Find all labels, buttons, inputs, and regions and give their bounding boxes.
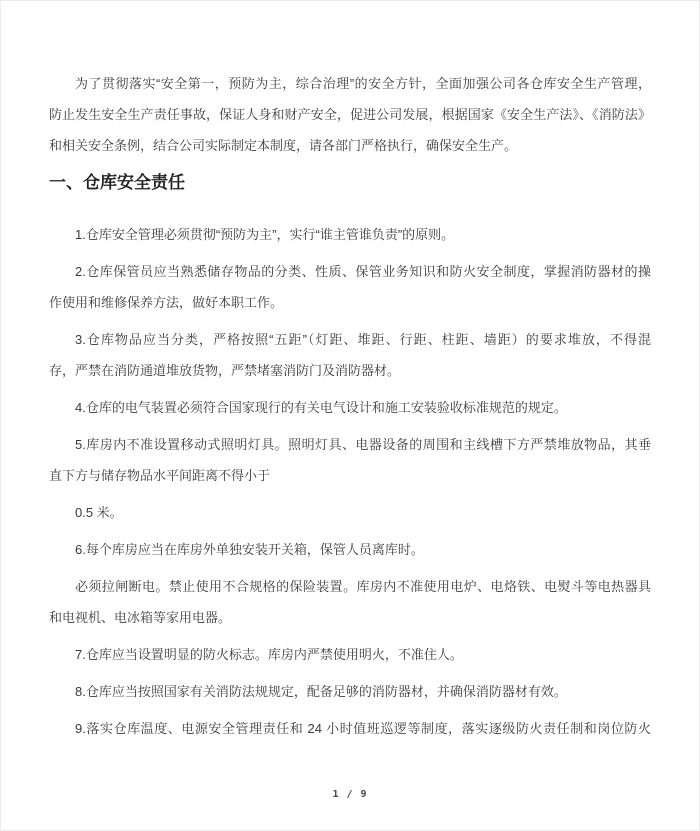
paragraph: 4.仓库的电气装置必须符合国家现行的有关电气设计和施工安装验收标准规范的规定。 — [49, 392, 651, 423]
text-line: 3.仓库物品应当分类，严格按照“五距”（灯距、堆距、行距、柱距、墙距）的要求堆放… — [49, 324, 651, 355]
text-line: 和电视机、电冰箱等家用电器。 — [49, 602, 651, 633]
section-heading: 一、仓库安全责任 — [49, 167, 651, 198]
text-line: 5.库房内不准设置移动式照明灯具。照明灯具、电器设备的周围和主线槽下方严禁堆放物… — [49, 429, 651, 460]
text-line: 6.每个库房应当在库房外单独安装开关箱，保管人员离库时。 — [49, 534, 651, 565]
paragraph: 为了贯彻落实“安全第一，预防为主，综合治理”的安全方针，全面加强公司各仓库安全生… — [49, 68, 651, 161]
paragraph: 7.仓库应当设置明显的防火标志。库房内严禁使用明火，不准住人。 — [49, 639, 651, 670]
paragraph: 必须拉闸断电。禁止使用不合规格的保险装置。库房内不准使用电炉、电烙铁、电熨斗等电… — [49, 571, 651, 633]
document-page: 为了贯彻落实“安全第一，预防为主，综合治理”的安全方针，全面加强公司各仓库安全生… — [0, 0, 700, 831]
text-line: 存，严禁在消防通道堆放货物，严禁堵塞消防门及消防器材。 — [49, 355, 651, 386]
text-line: 7.仓库应当设置明显的防火标志。库房内严禁使用明火，不准住人。 — [49, 639, 651, 670]
paragraph: 8.仓库应当按照国家有关消防法规规定，配备足够的消防器材，并确保消防器材有效。 — [49, 676, 651, 707]
page-number: 1 / 9 — [1, 789, 699, 800]
text-line: 8.仓库应当按照国家有关消防法规规定，配备足够的消防器材，并确保消防器材有效。 — [49, 676, 651, 707]
document-body: 为了贯彻落实“安全第一，预防为主，综合治理”的安全方针，全面加强公司各仓库安全生… — [49, 68, 651, 744]
text-line: 9.落实仓库温度、电源安全管理责任和 24 小时值班巡逻等制度，落实逐级防火责任… — [49, 713, 651, 744]
paragraph: 0.5 米。 — [49, 497, 651, 528]
paragraph: 5.库房内不准设置移动式照明灯具。照明灯具、电器设备的周围和主线槽下方严禁堆放物… — [49, 429, 651, 491]
text-line: 防止发生安全生产责任事故，保证人身和财产安全，促进公司发展，根据国家《安全生产法… — [49, 99, 651, 130]
text-line: 0.5 米。 — [49, 497, 651, 528]
text-line: 必须拉闸断电。禁止使用不合规格的保险装置。库房内不准使用电炉、电烙铁、电熨斗等电… — [49, 571, 651, 602]
text-line: 1.仓库安全管理必须贯彻“预防为主”，实行“谁主管谁负责”的原则。 — [49, 219, 651, 250]
text-line: 2.仓库保管员应当熟悉储存物品的分类、性质、保管业务知识和防火安全制度，掌握消防… — [49, 256, 651, 287]
text-line: 4.仓库的电气装置必须符合国家现行的有关电气设计和施工安装验收标准规范的规定。 — [49, 392, 651, 423]
paragraph: 6.每个库房应当在库房外单独安装开关箱，保管人员离库时。 — [49, 534, 651, 565]
paragraph: 3.仓库物品应当分类，严格按照“五距”（灯距、堆距、行距、柱距、墙距）的要求堆放… — [49, 324, 651, 386]
text-line: 直下方与储存物品水平间距离不得小于 — [49, 460, 651, 491]
paragraph: 9.落实仓库温度、电源安全管理责任和 24 小时值班巡逻等制度，落实逐级防火责任… — [49, 713, 651, 744]
text-line: 和相关安全条例，结合公司实际制定本制度，请各部门严格执行，确保安全生产。 — [49, 130, 651, 161]
text-line: 为了贯彻落实“安全第一，预防为主，综合治理”的安全方针，全面加强公司各仓库安全生… — [49, 68, 651, 99]
paragraph: 1.仓库安全管理必须贯彻“预防为主”，实行“谁主管谁负责”的原则。 — [49, 219, 651, 250]
paragraph: 2.仓库保管员应当熟悉储存物品的分类、性质、保管业务知识和防火安全制度，掌握消防… — [49, 256, 651, 318]
text-line: 作使用和维修保养方法，做好本职工作。 — [49, 287, 651, 318]
